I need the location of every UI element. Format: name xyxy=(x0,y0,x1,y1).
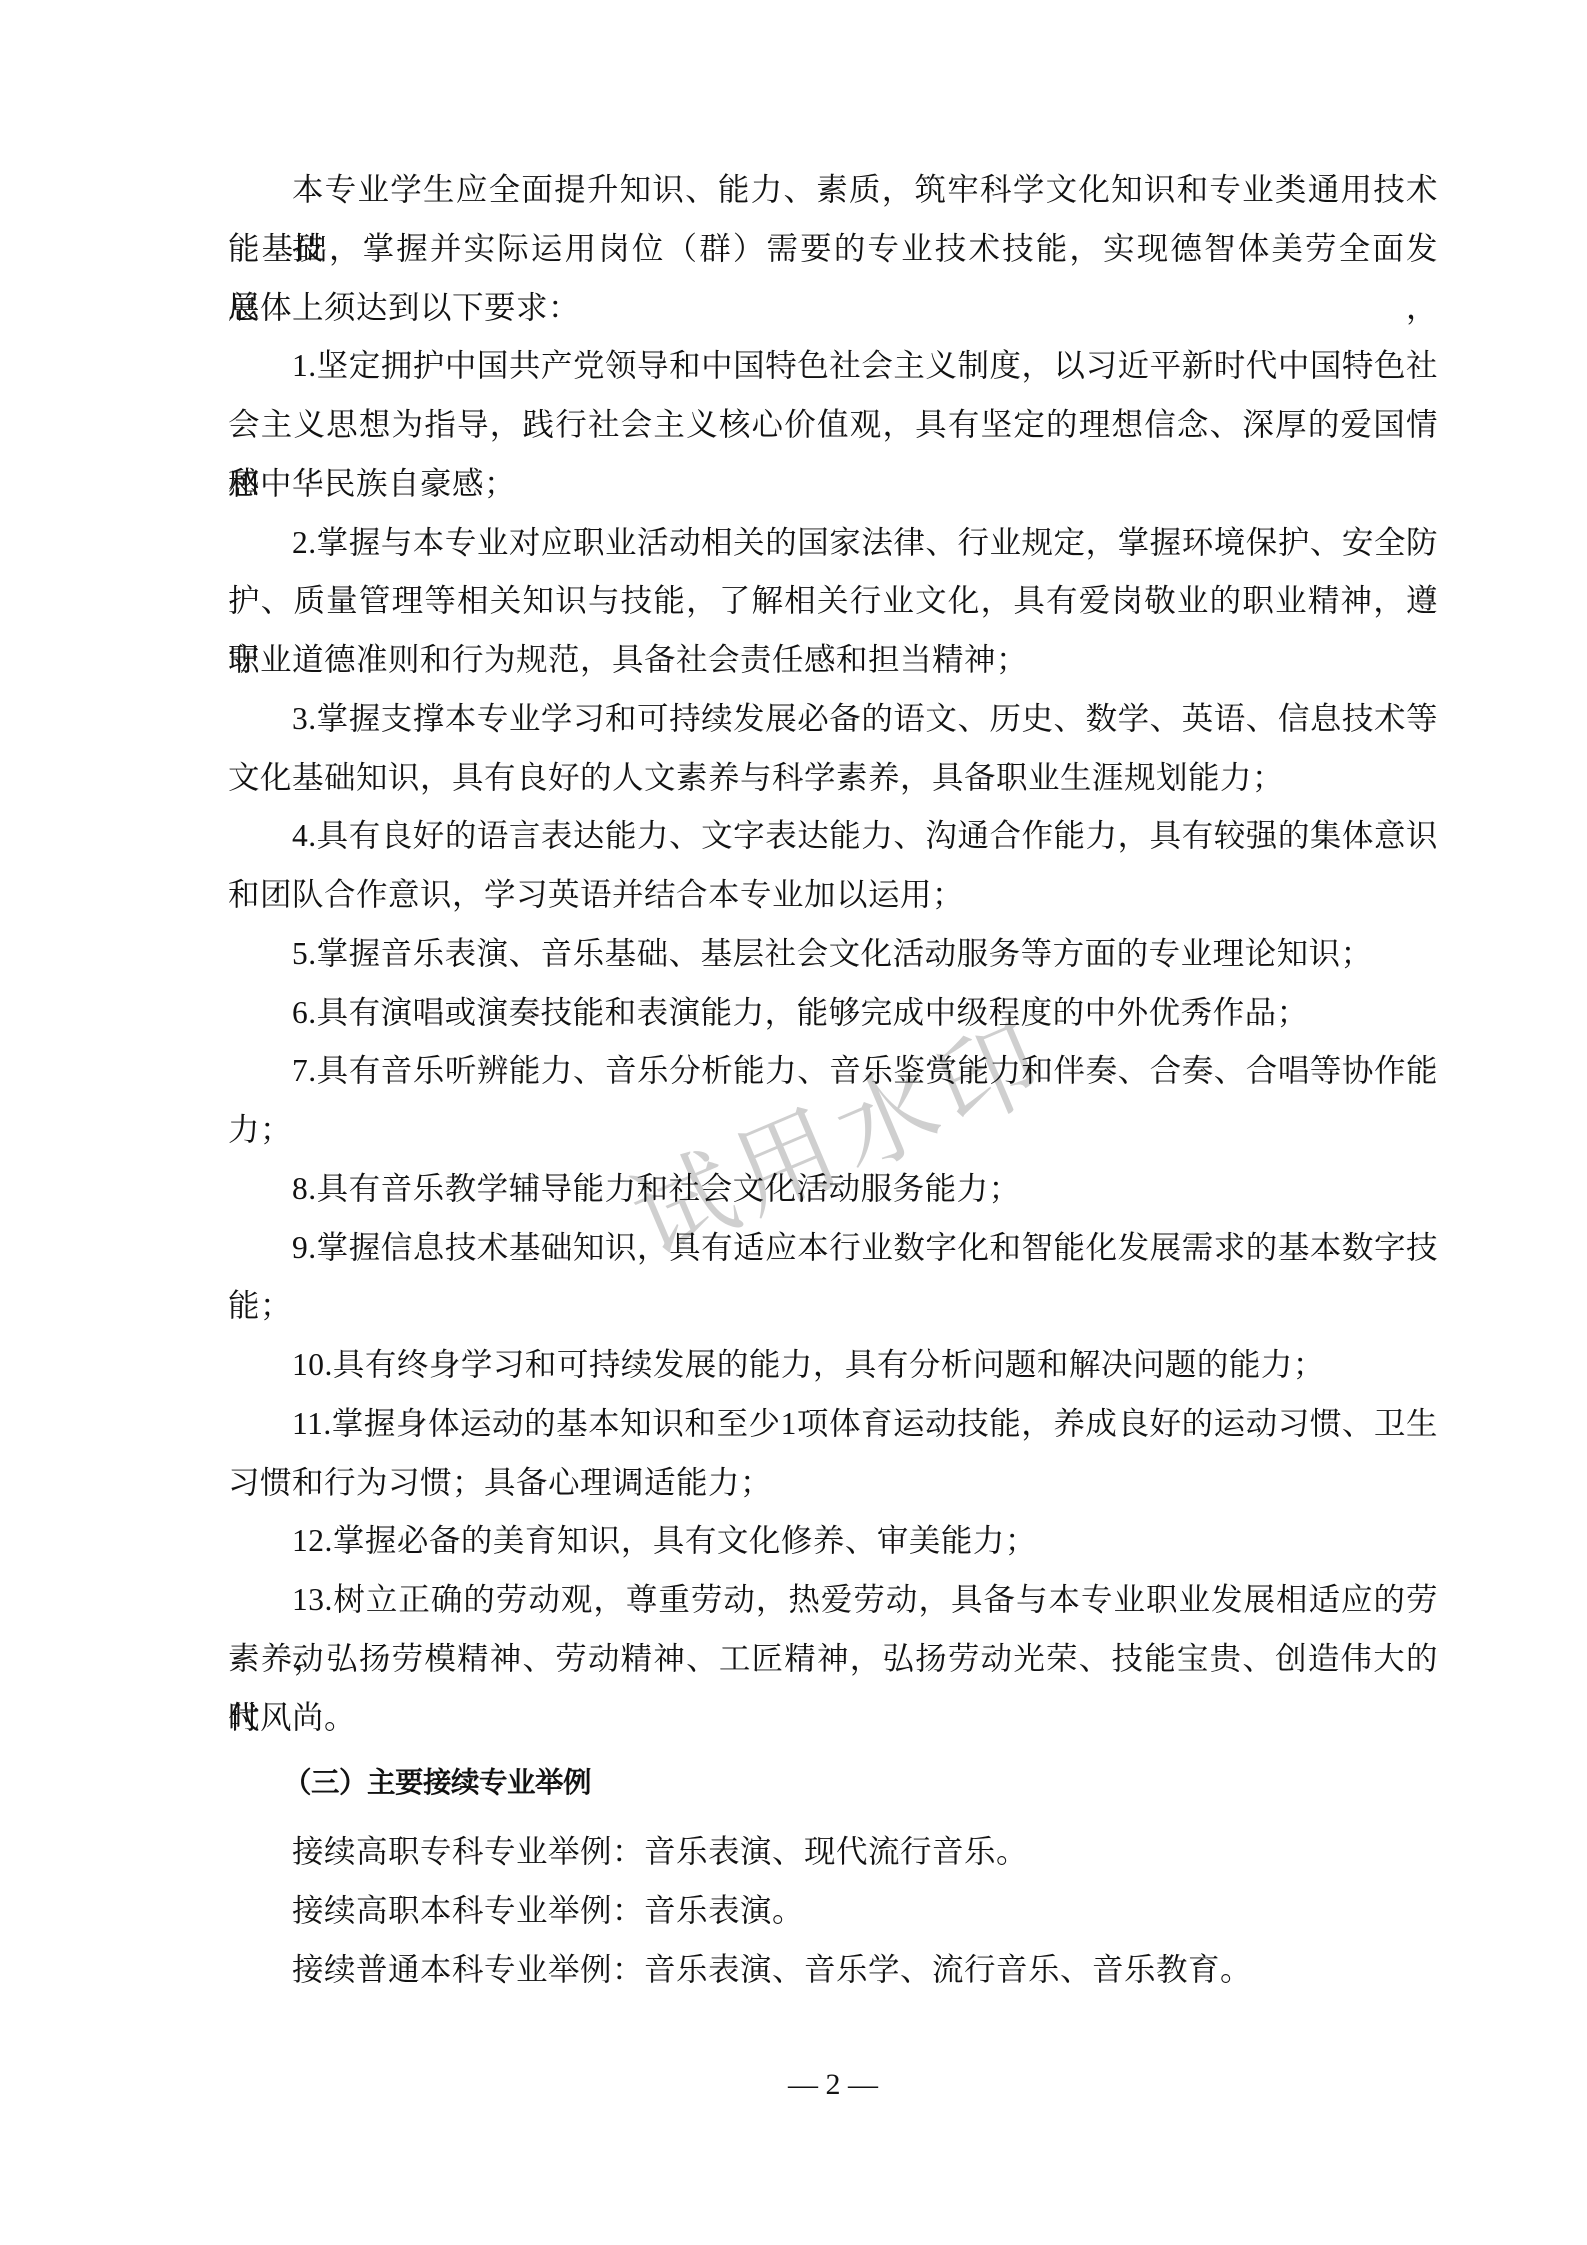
text-line: 9.掌握信息技术基础知识，具有适应本行业数字化和智能化发展需求的基本数字技 xyxy=(228,1219,1438,1278)
text-line: 6.具有演唱或演奏技能和表演能力，能够完成中级程度的中外优秀作品； xyxy=(228,984,1438,1043)
text-line: 12.掌握必备的美育知识，具有文化修养、审美能力； xyxy=(228,1512,1438,1571)
text-line: 和中华民族自豪感； xyxy=(228,455,1438,514)
text-line: 职业道德准则和行为规范，具备社会责任感和担当精神； xyxy=(228,631,1438,690)
section-heading: （三）主要接续专业举例 xyxy=(228,1754,1493,1813)
document-body: 本专业学生应全面提升知识、能力、素质，筑牢科学文化知识和专业类通用技术技能基础，… xyxy=(0,0,1587,2245)
text-line: 4.具有良好的语言表达能力、文字表达能力、沟通合作能力，具有较强的集体意识 xyxy=(228,807,1438,866)
document-page: 试用水印 本专业学生应全面提升知识、能力、素质，筑牢科学文化知识和专业类通用技术… xyxy=(0,0,1587,2245)
text-line: 1.坚定拥护中国共产党领导和中国特色社会主义制度，以习近平新时代中国特色社 xyxy=(228,337,1438,396)
text-line: 习惯和行为习惯；具备心理调适能力； xyxy=(228,1454,1438,1513)
text-line: 2.掌握与本专业对应职业活动相关的国家法律、行业规定，掌握环境保护、安全防 xyxy=(228,514,1438,573)
text-line: 文化基础知识，具有良好的人文素养与科学素养，具备职业生涯规划能力； xyxy=(228,749,1438,808)
text-line: 能； xyxy=(228,1277,1438,1336)
text-line: 7.具有音乐听辨能力、音乐分析能力、音乐鉴赏能力和伴奏、合奏、合唱等协作能 xyxy=(228,1042,1438,1101)
text-line: 8.具有音乐教学辅导能力和社会文化活动服务能力； xyxy=(228,1160,1438,1219)
text-line: 力； xyxy=(228,1101,1438,1160)
text-line: 代风尚。 xyxy=(228,1689,1438,1748)
text-line: 11.掌握身体运动的基本知识和至少1项体育运动技能，养成良好的运动习惯、卫生 xyxy=(228,1395,1438,1454)
page-number: — 2 — xyxy=(228,2056,1438,2115)
text-line: 5.掌握音乐表演、音乐基础、基层社会文化活动服务等方面的专业理论知识； xyxy=(228,925,1438,984)
text-line: 接续普通本科专业举例：音乐表演、音乐学、流行音乐、音乐教育。 xyxy=(228,1941,1438,2000)
text-line: 10.具有终身学习和可持续发展的能力，具有分析问题和解决问题的能力； xyxy=(228,1336,1438,1395)
text-line: 接续高职专科专业举例：音乐表演、现代流行音乐。 xyxy=(228,1823,1438,1882)
text-line: 总体上须达到以下要求： xyxy=(228,279,1438,338)
text-line: 3.掌握支撑本专业学习和可持续发展必备的语文、历史、数学、英语、信息技术等 xyxy=(228,690,1438,749)
text-line: 接续高职本科专业举例：音乐表演。 xyxy=(228,1882,1438,1941)
text-line: 和团队合作意识，学习英语并结合本专业加以运用； xyxy=(228,866,1438,925)
